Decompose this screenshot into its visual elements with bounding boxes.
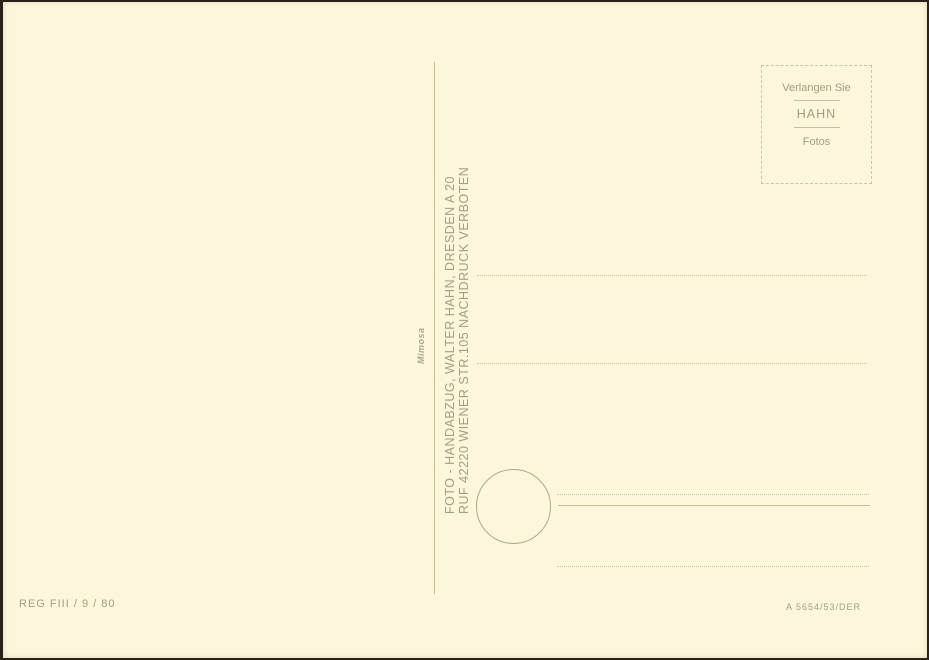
registration-code: REG FIII / 9 / 80	[19, 598, 115, 610]
stamp-text-line3: Fotos	[762, 136, 871, 148]
postmark-circle	[476, 469, 551, 544]
publisher-line-2: RUF 42220 WIENER STR.105 NACHDRUCK VERBO…	[457, 167, 471, 514]
stamp-rule	[794, 100, 840, 101]
center-divider-line	[434, 62, 435, 594]
catalog-code: A 5654/53/DER	[786, 602, 861, 612]
postcard-back: Mimosa FOTO - HANDABZUG, WALTER HAHN, DR…	[3, 2, 927, 658]
address-line-3-solid	[558, 505, 870, 506]
stamp-rule	[794, 127, 840, 128]
stamp-text-line1: Verlangen Sie	[762, 82, 871, 94]
stamp-box: Verlangen Sie HAHN Fotos	[761, 65, 872, 184]
publisher-line-1: FOTO - HANDABZUG, WALTER HAHN, DRESDEN A…	[443, 176, 457, 514]
stamp-text-brand: HAHN	[762, 107, 871, 121]
address-line-3	[557, 494, 869, 495]
address-line-4	[557, 566, 869, 567]
address-line-2	[477, 363, 867, 364]
address-line-1	[477, 275, 867, 276]
publisher-logo: Mimosa	[416, 327, 426, 364]
